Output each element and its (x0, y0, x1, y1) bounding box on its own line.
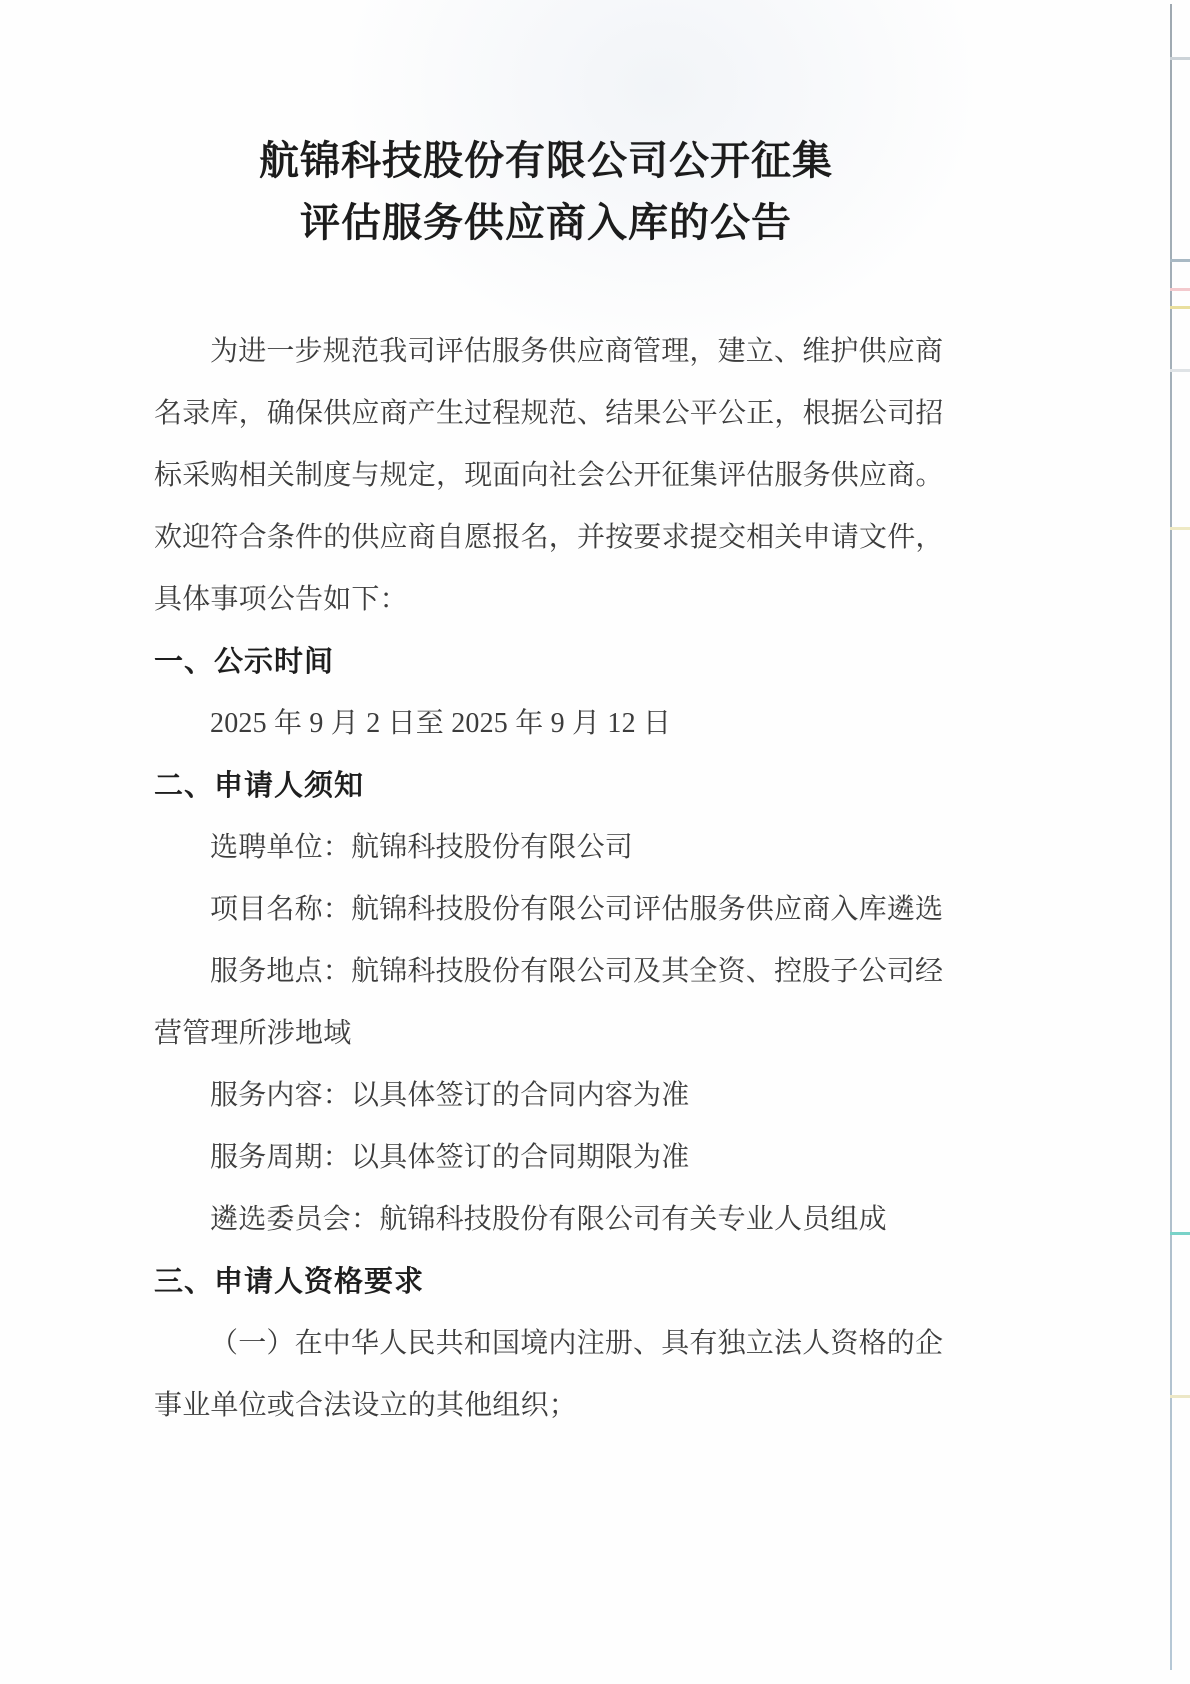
page-edge-tab-mark (1170, 306, 1190, 309)
field-service-content: 服务内容：以具体签订的合同内容为准 (154, 1065, 938, 1127)
requirement-item-1: （一）在中华人民共和国境内注册、具有独立法人资格的企 (154, 1313, 938, 1375)
page-edge-tab-mark (1170, 527, 1190, 530)
scan-edge (1170, 4, 1172, 1670)
body-line: 为进一步规范我司评估服务供应商管理，建立、维护供应商 (154, 321, 938, 383)
page-edge-tab-mark (1170, 259, 1190, 262)
page-edge-tab-mark (1170, 288, 1190, 291)
document-title-line-1: 航锦科技股份有限公司公开征集 (154, 130, 938, 192)
page-edge-tab-mark (1170, 1232, 1190, 1235)
notice-period-dates: 2025 年 9 月 2 日至 2025 年 9 月 12 日 (154, 693, 938, 755)
field-service-location: 服务地点：航锦科技股份有限公司及其全资、控股子公司经 (154, 941, 938, 1003)
page-edge-tab-mark (1170, 57, 1190, 60)
section-heading-qualification-requirements: 三、申请人资格要求 (154, 1251, 938, 1313)
body-line: 名录库，确保供应商产生过程规范、结果公平公正，根据公司招 (154, 383, 938, 445)
requirement-item-1-cont: 事业单位或合法设立的其他组织； (154, 1375, 938, 1437)
body-line: 标采购相关制度与规定，现面向社会公开征集评估服务供应商。 (154, 445, 938, 507)
document-title-line-2: 评估服务供应商入库的公告 (154, 192, 938, 254)
field-project-name: 项目名称：航锦科技股份有限公司评估服务供应商入库遴选 (154, 879, 938, 941)
page-edge-tab-mark (1170, 369, 1190, 372)
document-content: 航锦科技股份有限公司公开征集 评估服务供应商入库的公告 为进一步规范我司评估服务… (154, 130, 938, 1437)
section-heading-applicant-notes: 二、申请人须知 (154, 755, 938, 817)
page-edge-tab-mark (1170, 1395, 1190, 1398)
section-heading-public-notice-period: 一、公示时间 (154, 631, 938, 693)
field-selection-committee: 遴选委员会：航锦科技股份有限公司有关专业人员组成 (154, 1189, 938, 1251)
document-title: 航锦科技股份有限公司公开征集 评估服务供应商入库的公告 (154, 130, 938, 254)
scanned-document-page: { "document": { "title_lines": [ "航锦科技股份… (0, 0, 1190, 1684)
field-service-location-cont: 营管理所涉地域 (154, 1003, 938, 1065)
body-line: 欢迎符合条件的供应商自愿报名，并按要求提交相关申请文件， (154, 507, 938, 569)
body-line: 具体事项公告如下： (154, 569, 938, 631)
field-service-period: 服务周期：以具体签订的合同期限为准 (154, 1127, 938, 1189)
field-hiring-unit: 选聘单位：航锦科技股份有限公司 (154, 817, 938, 879)
document-body: 为进一步规范我司评估服务供应商管理，建立、维护供应商 名录库，确保供应商产生过程… (154, 321, 938, 1437)
